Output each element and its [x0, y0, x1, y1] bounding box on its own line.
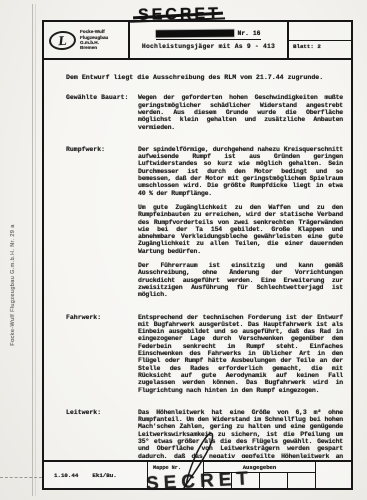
intro-line: Dem Entwurf liegt die Ausschreibung des … — [66, 74, 343, 81]
section-paragraph: Der Führerraum ist einsitzig und kann ge… — [138, 262, 343, 298]
footer-date: 1.10.44 — [54, 472, 78, 479]
letterhead-cell: L Focke-Wulf Flugzeugbau G.m.b.H. Bremen — [44, 22, 130, 58]
section-label: Leitwerk: — [66, 409, 138, 458]
section-fahrwerk: Fahrwerk: Entsprechend der technischen F… — [66, 314, 343, 401]
title-suffix: Nr. 16 — [237, 30, 260, 37]
paper-edge — [32, 4, 33, 496]
sheet-cell-empty — [289, 22, 351, 40]
header-table: L Focke-Wulf Flugzeugbau G.m.b.H. Bremen… — [44, 22, 351, 60]
secret-stamp-top: SECRET — [138, 5, 221, 24]
company-name: Focke-Wulf Flugzeugbau G.m.b.H. Bremen — [80, 29, 108, 51]
sheet-number: Blatt: 2 — [289, 40, 351, 58]
footer-ref: Ek1/Bu. — [92, 472, 116, 479]
section-label: Gewählte Bauart: — [66, 94, 138, 137]
section-paragraph: Das Höhenleitwerk hat eine Größe von 6,3… — [138, 409, 343, 458]
scan-artifact-line — [0, 477, 42, 478]
section-paragraph: Um gute Zugänglichkeit zu den Waffen und… — [138, 204, 343, 255]
margin-note: Focke-Wulf Flugzeugbau G.m.b.H. Nr. 29 a — [10, 210, 16, 360]
section-paragraph: Der spindelförmige, durchgehend nahezu K… — [138, 146, 343, 197]
document-body: Dem Entwurf liegt die Ausschreibung des … — [44, 62, 351, 458]
section-gewaehlte-bauart: Gewählte Bauart: Wegen der geforderten h… — [66, 94, 343, 137]
footer-empty-cell — [316, 462, 351, 488]
focke-wulf-logo-icon: L — [48, 30, 76, 51]
company-line: Bremen — [80, 45, 108, 50]
ausgegeben-subcell — [260, 473, 288, 488]
sheet-cell: Blatt: 2 — [289, 22, 351, 58]
section-paragraph: Entsprechend der technischen Forderung i… — [138, 314, 343, 394]
document-title: Nr. 16 — [156, 30, 260, 40]
document-page: Focke-Wulf Flugzeugbau G.m.b.H. Nr. 29 a… — [0, 0, 367, 500]
footer-date-cell: 1.10.44 Ek1/Bu. — [44, 462, 148, 488]
redaction-bar — [156, 30, 234, 38]
document-frame: L Focke-Wulf Flugzeugbau G.m.b.H. Bremen… — [42, 20, 353, 490]
ausgegeben-subcell — [288, 473, 315, 488]
secret-stamp-bottom: SECRET — [145, 468, 253, 496]
section-rumpfwerk: Rumpfwerk: Der spindelförmige, durchgehe… — [66, 146, 343, 306]
section-paragraph: Wegen der geforderten hohen Geschwindigk… — [138, 94, 343, 130]
title-cell: Nr. 16 Hochleistungsjäger mit As 9 - 413 — [130, 22, 289, 58]
document-subtitle: Hochleistungsjäger mit As 9 - 413 — [142, 43, 275, 50]
section-label: Rumpfwerk: — [66, 146, 138, 306]
section-label: Fahrwerk: — [66, 314, 138, 401]
